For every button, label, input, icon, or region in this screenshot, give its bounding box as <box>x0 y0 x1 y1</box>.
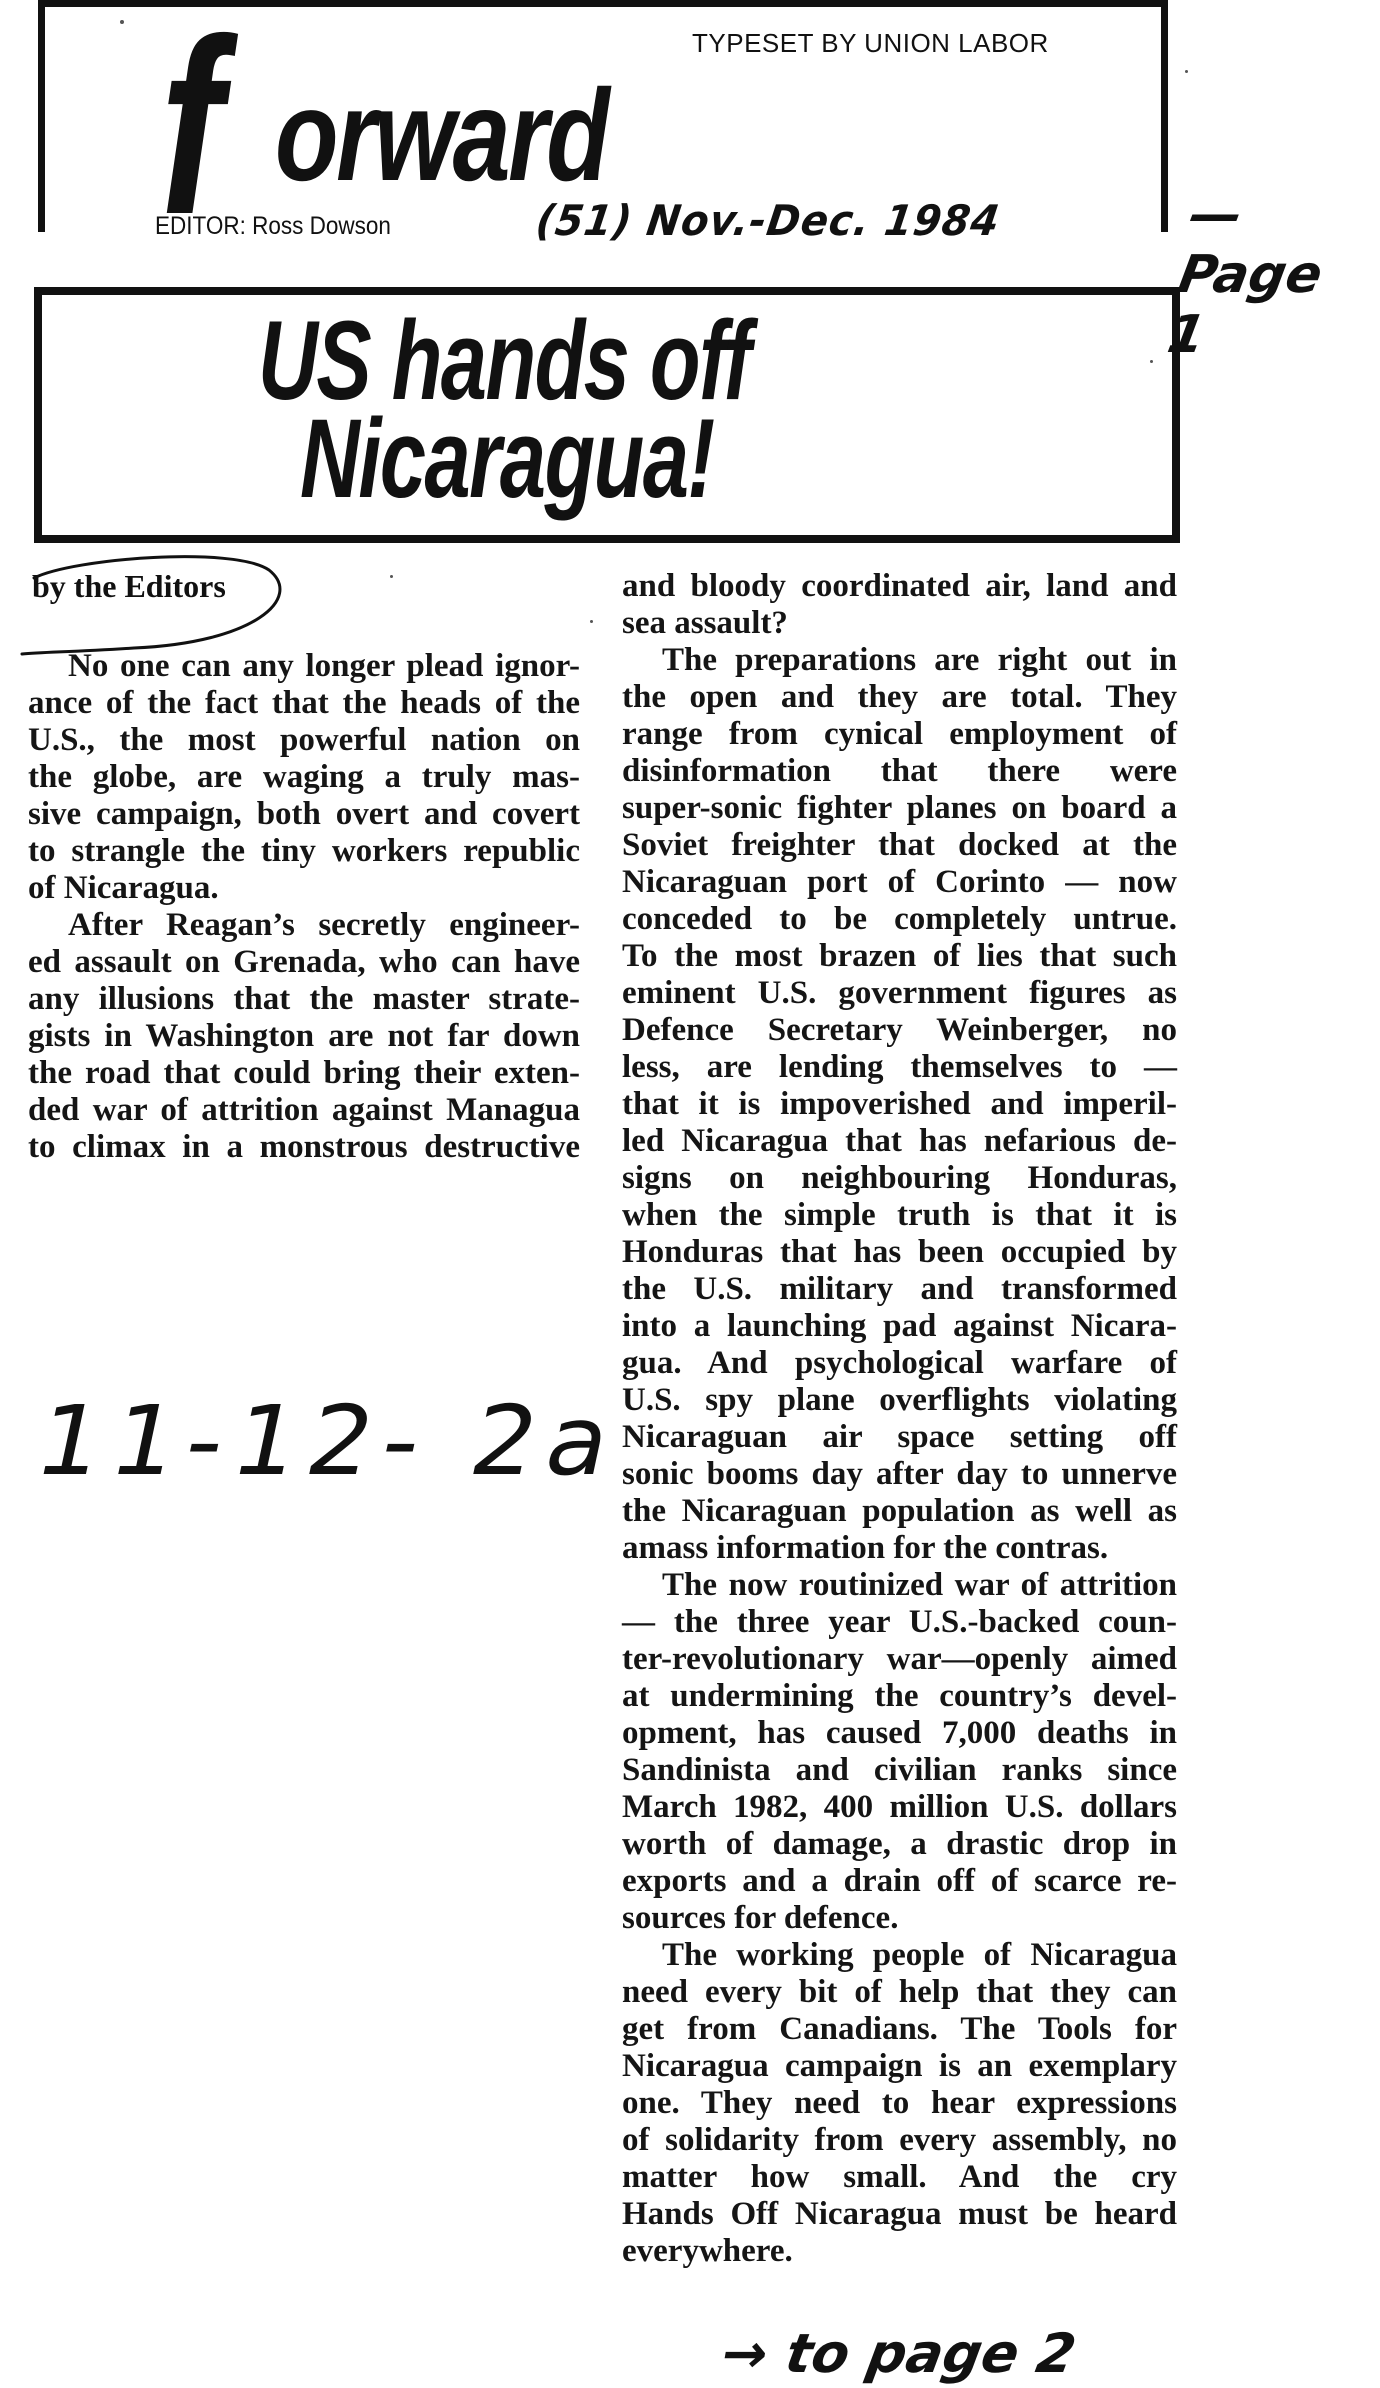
article-line: gua. And psychological warfare of <box>622 1345 1177 1382</box>
article-line: After Reagan’s secretly engineer- <box>28 907 580 944</box>
article-line: when the simple truth is that it is <box>622 1197 1177 1234</box>
article-line: to climax in a monstrous destructive <box>28 1129 580 1166</box>
article-line: of solidarity from every assembly, no <box>622 2122 1177 2159</box>
article-line: any illusions that the master strate- <box>28 981 580 1018</box>
article-line: everywhere. <box>622 2233 1177 2270</box>
article-line: signs on neighbouring Honduras, <box>622 1160 1177 1197</box>
article-line: U.S. spy plane overflights violating <box>622 1382 1177 1419</box>
article-line: disinformation that there were <box>622 753 1177 790</box>
article-line: range from cynical employment of <box>622 716 1177 753</box>
article-line: U.S., the most powerful nation on <box>28 722 580 759</box>
logo-word: orward <box>275 70 607 200</box>
article-line: Soviet freighter that docked at the <box>622 827 1177 864</box>
handwritten-continuation-note: → to page 2 <box>717 2322 1081 2385</box>
article-line: less, are lending themselves to — <box>622 1049 1177 1086</box>
typeset-note: TYPESET BY UNION LABOR <box>692 28 1049 59</box>
article-line: Honduras that has been occupied by <box>622 1234 1177 1271</box>
article-line: Defence Secretary Weinberger, no <box>622 1012 1177 1049</box>
article-line: Hands Off Nicaragua must be heard <box>622 2196 1177 2233</box>
article-line: that it is impoverished and imperil- <box>622 1086 1177 1123</box>
byline: by the Editors <box>32 568 226 605</box>
editor-credit: EDITOR: Ross Dowson <box>155 212 391 241</box>
article-line: gists in Washington are not far down <box>28 1018 580 1055</box>
article-line: and bloody coordinated air, land and <box>622 568 1177 605</box>
article-line: ance of the fact that the heads of the <box>28 685 580 722</box>
article-line: to strangle the tiny workers republic <box>28 833 580 870</box>
article-left-column: No one can any longer plead ignor-ance o… <box>28 648 580 1166</box>
article-line: — the three year U.S.-backed coun- <box>622 1604 1177 1641</box>
article-line: of Nicaragua. <box>28 870 580 907</box>
article-line: get from Canadians. The Tools for <box>622 2011 1177 2048</box>
article-line: worth of damage, a drastic drop in <box>622 1826 1177 1863</box>
article-line: into a launching pad against Nicara- <box>622 1308 1177 1345</box>
article-line: The preparations are right out in <box>622 642 1177 679</box>
article-line: super-sonic fighter planes on board a <box>622 790 1177 827</box>
article-line: eminent U.S. government figures as <box>622 975 1177 1012</box>
article-line: the globe, are waging a truly mas- <box>28 759 580 796</box>
article-line: need every bit of help that they can <box>622 1974 1177 2011</box>
article-line: the open and they are total. They <box>622 679 1177 716</box>
article-line: The working people of Nicaragua <box>622 1937 1177 1974</box>
article-line: The now routinized war of attrition <box>622 1567 1177 1604</box>
article-line: ed assault on Grenada, who can have <box>28 944 580 981</box>
masthead-logo: f orward <box>160 2 720 217</box>
article-line: Sandinista and civilian ranks since <box>622 1752 1177 1789</box>
article-line: amass information for the contras. <box>622 1530 1177 1567</box>
article-line: opment, has caused 7,000 deaths in <box>622 1715 1177 1752</box>
article-line: sources for defence. <box>622 1900 1177 1937</box>
article-line: the Nicaraguan population as well as <box>622 1493 1177 1530</box>
article-line: matter how small. And the cry <box>622 2159 1177 2196</box>
article-line: the road that could bring their exten- <box>28 1055 580 1092</box>
article-line: Nicaraguan air space setting off <box>622 1419 1177 1456</box>
article-line: ter-revolutionary war—openly aimed <box>622 1641 1177 1678</box>
article-line: ded war of attrition against Managua <box>28 1092 580 1129</box>
article-line: one. They need to hear expressions <box>622 2085 1177 2122</box>
article-line: led Nicaragua that has nefarious de- <box>622 1123 1177 1160</box>
article-right-column: and bloody coordinated air, land andsea … <box>622 568 1177 2270</box>
article-line: No one can any longer plead ignor- <box>28 648 580 685</box>
article-line: exports and a drain off of scarce re- <box>622 1863 1177 1900</box>
bold-slogan: Hands Off Nicaragua <box>622 2196 958 2232</box>
article-line: conceded to be completely untrue. <box>622 901 1177 938</box>
handwritten-page-number: — Page 1 <box>1163 185 1380 365</box>
article-line: sive campaign, both overt and covert <box>28 796 580 833</box>
article-line: the U.S. military and transformed <box>622 1271 1177 1308</box>
article-line: sonic booms day after day to unnerve <box>622 1456 1177 1493</box>
article-line: sea assault? <box>622 605 1177 642</box>
handwritten-issue-date: (51) Nov.-Dec. 1984 <box>533 196 1003 245</box>
article-line: at undermining the country’s devel- <box>622 1678 1177 1715</box>
handwritten-margin-code: 11-12- 2a <box>26 1385 632 1497</box>
article-line: March 1982, 400 million U.S. dollars <box>622 1789 1177 1826</box>
article-line: Nicaraguan port of Corinto — now <box>622 864 1177 901</box>
article-line: Nicaragua campaign is an exemplary <box>622 2048 1177 2085</box>
headline-line-2: Nicaragua! <box>300 403 714 515</box>
article-line: To the most brazen of lies that such <box>622 938 1177 975</box>
